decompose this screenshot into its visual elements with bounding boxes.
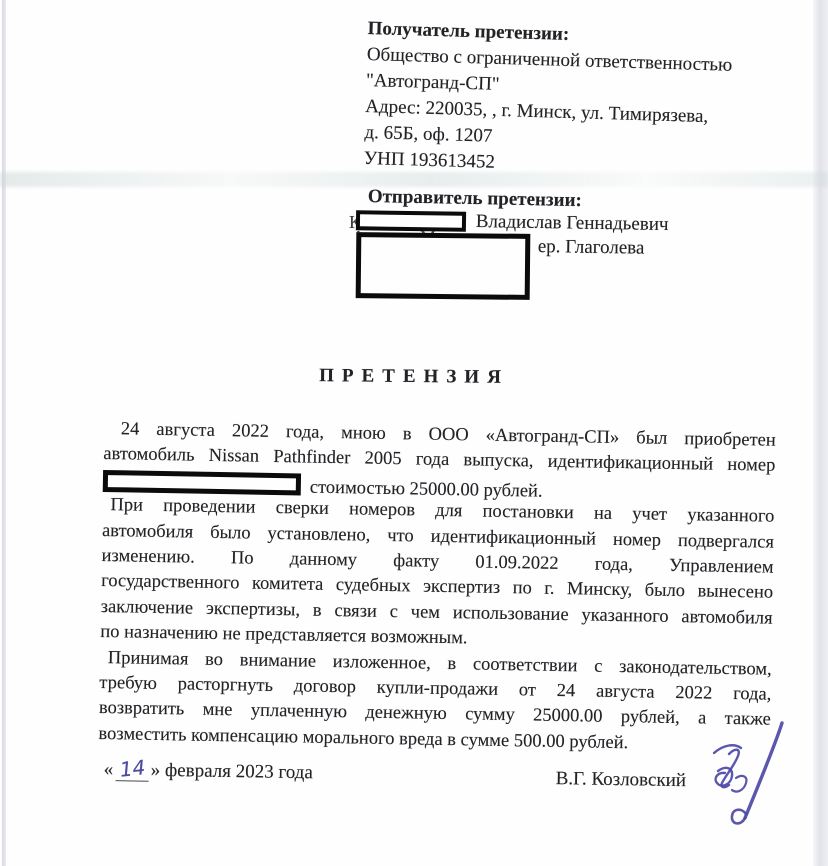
- body-line-text: стоимостью 25000.00 рублей.: [310, 477, 543, 501]
- date-line: «14» февраля 2023 года: [104, 758, 313, 784]
- quote-open: «: [104, 759, 114, 780]
- redaction-box-address: [356, 232, 531, 300]
- handwritten-day: 14: [118, 757, 145, 780]
- signature-ink: [698, 718, 790, 828]
- date-rest: февраля 2023 года: [160, 760, 313, 783]
- document-body: 24 августа 2022 года, мною в ООО «Автогр…: [98, 419, 776, 761]
- signer-name: В.Г. Козловский: [555, 768, 686, 792]
- scan-edge-right: [813, 0, 828, 866]
- sender-heading: Отправитель претензии:: [368, 186, 582, 212]
- document-title: ПРЕТЕНЗИЯ: [0, 362, 828, 391]
- scan-edge-left: [2, 0, 6, 866]
- document-page: Получатель претензии: Общество с огранич…: [0, 0, 828, 866]
- redaction-box-surname: [356, 210, 466, 232]
- sender-address-visible: ер. Глаголева: [538, 236, 645, 260]
- sender-name: Владислав Геннадьевич: [476, 211, 669, 236]
- redaction-box-vin: [103, 470, 301, 495]
- handwritten-day-underline: 14: [115, 758, 149, 782]
- footer-row: «14» февраля 2023 года В.Г. Козловский: [103, 754, 776, 815]
- recipient-block: Получатель претензии: Общество с огранич…: [363, 16, 797, 185]
